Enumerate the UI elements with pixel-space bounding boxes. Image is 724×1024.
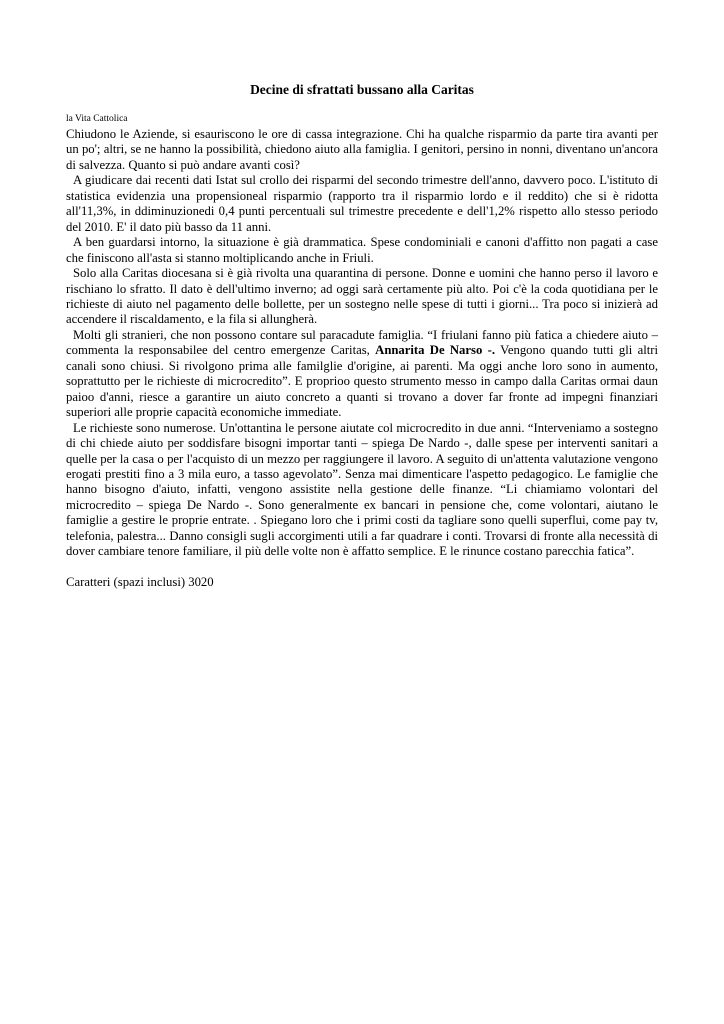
document-page: Decine di sfrattati bussano alla Caritas…: [0, 0, 724, 1024]
article-paragraph: A ben guardarsi intorno, la situazione è…: [66, 235, 658, 266]
article-paragraph: Le richieste sono numerose. Un'ottantina…: [66, 421, 658, 560]
source-label: la Vita Cattolica: [66, 114, 658, 125]
bold-person-name: Annarita De Narso -.: [375, 343, 495, 357]
character-count-label: Caratteri (spazi inclusi) 3020: [66, 575, 658, 590]
article-paragraph: Chiudono le Aziende, si esauriscono le o…: [66, 127, 658, 173]
article-body: Chiudono le Aziende, si esauriscono le o…: [66, 127, 658, 560]
article-paragraph: Solo alla Caritas diocesana si è già riv…: [66, 266, 658, 328]
document-title: Decine di sfrattati bussano alla Caritas: [66, 82, 658, 98]
article-paragraph: A giudicare dai recenti dati Istat sul c…: [66, 173, 658, 235]
article-paragraph: Molti gli stranieri, che non possono con…: [66, 328, 658, 421]
